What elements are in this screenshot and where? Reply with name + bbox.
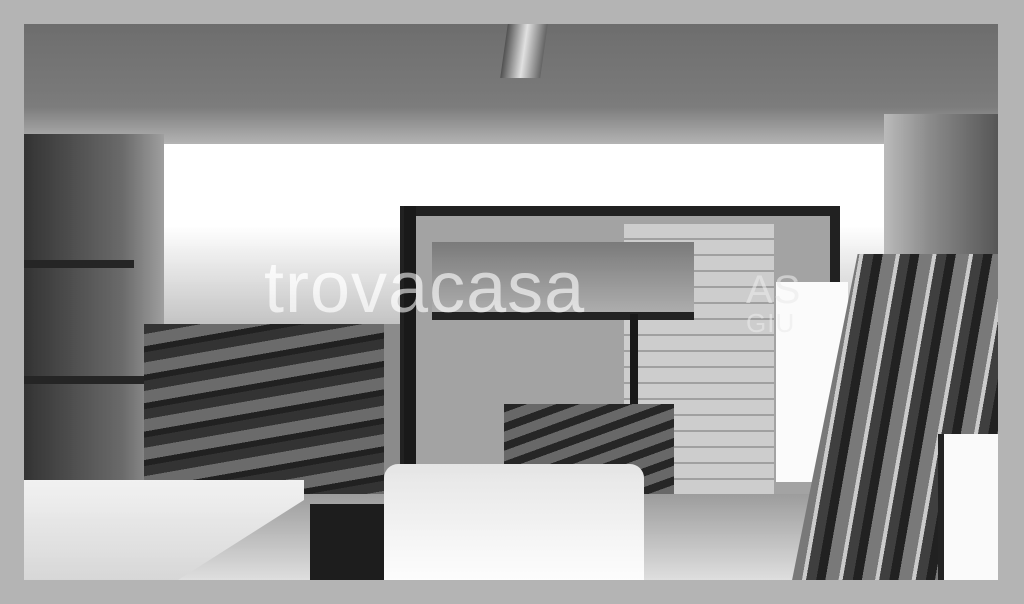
left-wall-shelving	[24, 134, 164, 514]
watermark-brand: trovacasa	[264, 252, 585, 324]
ceiling-light-fixture	[500, 24, 548, 78]
garage-photo: trovacasa AS GIU	[24, 24, 998, 580]
watermark-secondary-line1: AS	[746, 268, 801, 313]
shelf	[24, 260, 134, 268]
covered-machine	[384, 464, 644, 580]
stacked-furniture	[144, 324, 384, 494]
white-panel	[938, 434, 998, 580]
shelf	[24, 376, 144, 384]
watermark-secondary-line2: GIU	[746, 308, 795, 339]
